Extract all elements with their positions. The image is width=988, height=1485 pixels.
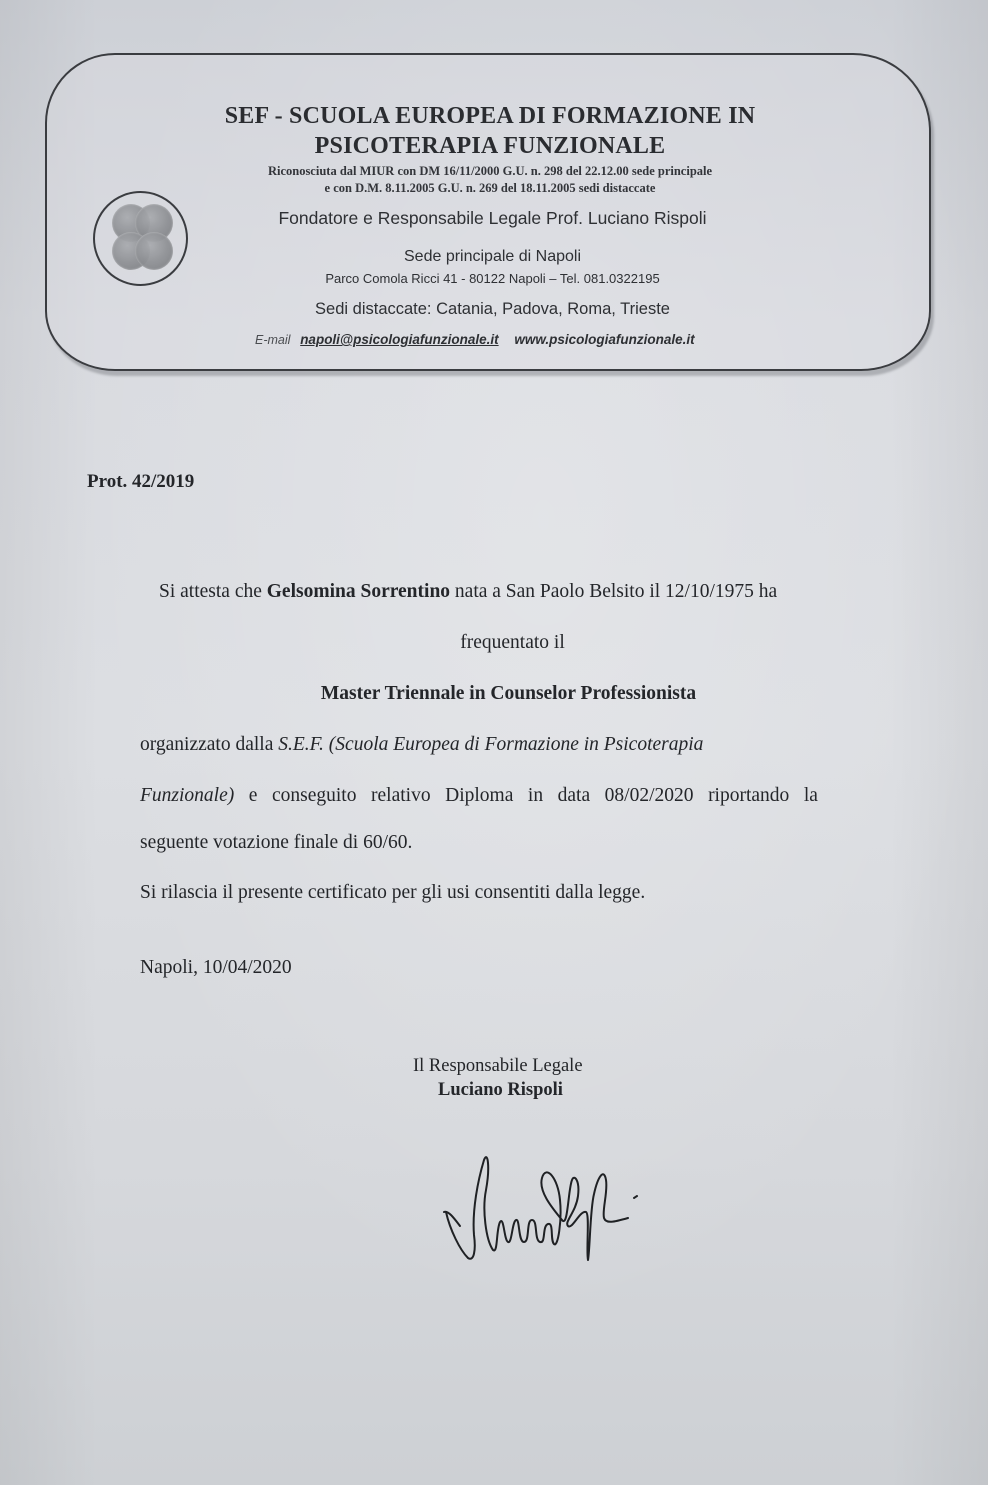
diploma-word: la bbox=[804, 784, 818, 808]
school-logo-icon bbox=[93, 191, 188, 286]
founder-line: Fondatore e Responsabile Legale Prof. Lu… bbox=[200, 208, 785, 229]
school-name-line1: SEF - SCUOLA EUROPEA DI FORMAZIONE IN bbox=[190, 102, 790, 130]
logo-sphere bbox=[135, 232, 173, 270]
diploma-word: relativo bbox=[371, 784, 431, 808]
branches-line: Sedi distaccate: Catania, Padova, Roma, … bbox=[200, 300, 785, 319]
recognition-line2: e con D.M. 8.11.2005 G.U. n. 269 del 18.… bbox=[190, 180, 790, 197]
organizer-name: S.E.F. (Scuola Europea di Formazione in … bbox=[278, 734, 703, 755]
school-name-line2: PSICOTERAPIA FUNZIONALE bbox=[190, 132, 790, 160]
signatory-role: Il Responsabile Legale bbox=[413, 1054, 583, 1078]
email-label: E-mail bbox=[255, 333, 290, 347]
diploma-word: in bbox=[528, 784, 543, 808]
recognition-line1: Riconosciuta dal MIUR con DM 16/11/2000 … bbox=[190, 163, 790, 180]
diploma-line: Funzionale) e conseguito relativo Diplom… bbox=[140, 784, 818, 808]
diploma-date: 08/02/2020 bbox=[605, 784, 694, 808]
place-and-date: Napoli, 10/04/2020 bbox=[140, 956, 292, 980]
attestation-prefix: Si attesta che bbox=[159, 581, 267, 602]
protocol-number: Prot. 42/2019 bbox=[87, 470, 194, 494]
address-line: Parco Comola Ricci 41 - 80122 Napoli – T… bbox=[200, 271, 785, 286]
person-name: Gelsomina Sorrentino bbox=[267, 581, 450, 602]
diploma-word: riportando bbox=[708, 784, 789, 808]
diploma-word: Diploma bbox=[445, 784, 513, 808]
signatory-name: Luciano Rispoli bbox=[438, 1078, 563, 1102]
handwritten-signature-icon bbox=[438, 1150, 648, 1275]
issuance-statement: Si rilascia il presente certificato per … bbox=[140, 881, 645, 905]
contacts-line: E-mail napoli@psicologiafunzionale.it ww… bbox=[255, 332, 695, 347]
website-link[interactable]: www.psicologiafunzionale.it bbox=[514, 332, 694, 347]
attestation-line2: frequentato il bbox=[0, 631, 988, 655]
email-link[interactable]: napoli@psicologiafunzionale.it bbox=[300, 332, 498, 347]
course-title: Master Triennale in Counselor Profession… bbox=[0, 682, 988, 706]
diploma-word: conseguito bbox=[272, 784, 356, 808]
diploma-word: e bbox=[249, 784, 258, 808]
attestation-line1: Si attesta che Gelsomina Sorrentino nata… bbox=[159, 580, 777, 604]
birth-info: nata a San Paolo Belsito il 12/10/1975 h… bbox=[450, 581, 777, 602]
organizer-prefix: organizzato dalla bbox=[140, 734, 278, 755]
diploma-word: data bbox=[558, 784, 590, 808]
organizer-line: organizzato dalla S.E.F. (Scuola Europea… bbox=[140, 733, 703, 757]
main-office-line: Sede principale di Napoli bbox=[200, 248, 785, 266]
final-grade-line: seguente votazione finale di 60/60. bbox=[140, 831, 412, 855]
organizer-name-end: Funzionale) bbox=[140, 784, 234, 808]
